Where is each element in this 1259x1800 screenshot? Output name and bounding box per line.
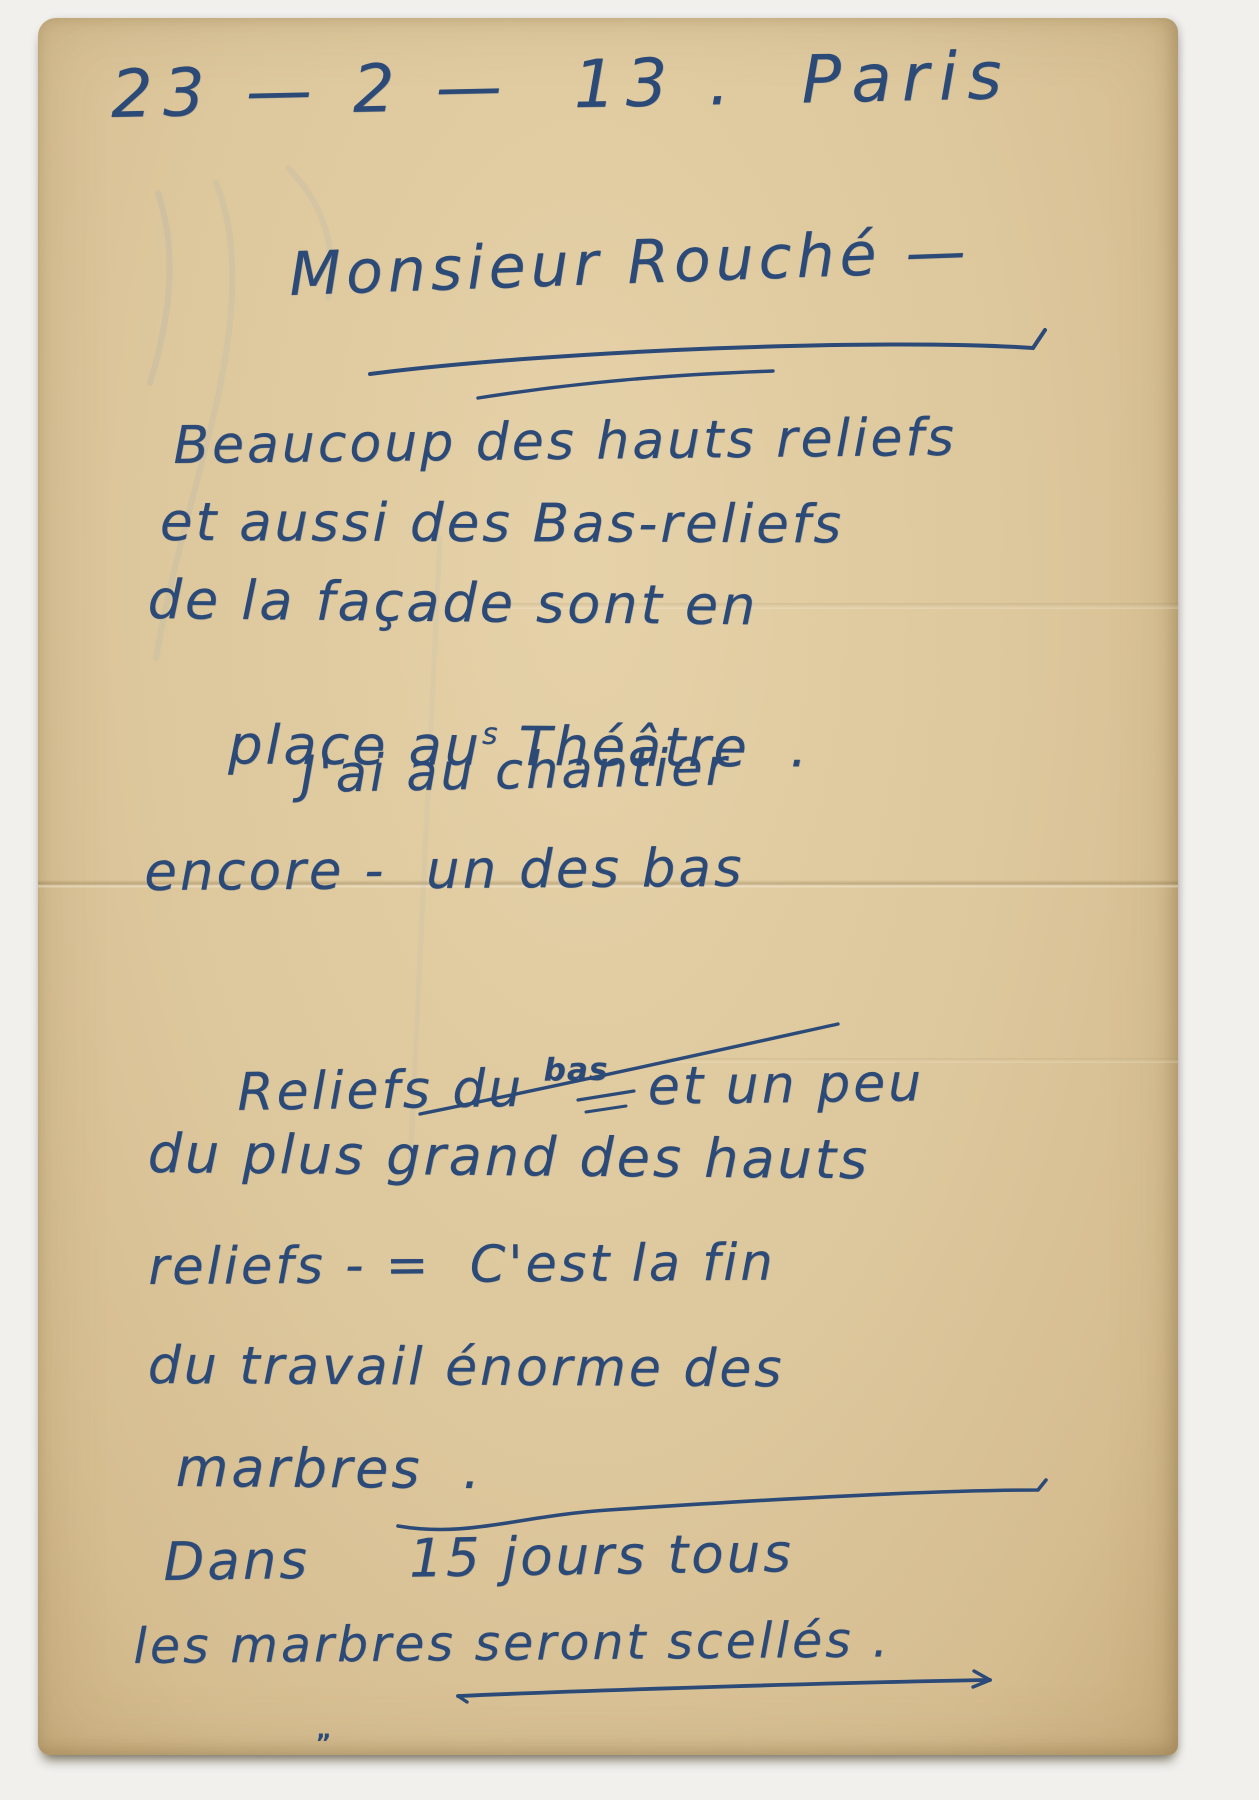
body-line: reliefs - = C'est la fin — [148, 1234, 776, 1297]
body-line: du plus grand des hauts — [147, 1122, 870, 1191]
inserted-word: bas — [543, 1052, 608, 1089]
body-line: du travail énorme des — [148, 1336, 785, 1399]
salutation-underline — [370, 330, 1045, 398]
body-line: et aussi des Bas-reliefs — [160, 492, 844, 555]
date-line: 23 — 2 — 13 . Paris — [110, 37, 1012, 133]
body-line: Beaucoup des hauts reliefs — [173, 408, 957, 476]
salutation: Monsieur Rouché — — [288, 216, 972, 310]
line-text: et un peu — [608, 1053, 924, 1117]
body-line: encore - un des bas — [144, 838, 745, 903]
bottom-ink-mark: „ — [316, 1716, 332, 1744]
body-line: marbres . — [176, 1436, 484, 1501]
body-line: J'ai au chantier — [300, 739, 730, 805]
separator-line — [398, 1480, 1046, 1530]
body-line: de la façade sont en — [147, 568, 758, 637]
closing-underline-arrow — [458, 1671, 990, 1702]
scanned-letter-photo: { "letter": { "date": "23 — 2 — 13 . Par… — [0, 0, 1259, 1800]
line-text: Reliefs du — [237, 1059, 544, 1123]
letter-paper: 23 — 2 — 13 . Paris Monsieur Rouché — Be… — [38, 18, 1178, 1755]
body-line: Dans 15 jours tous — [163, 1523, 794, 1593]
body-line: les marbres seront scellés . — [133, 1611, 891, 1675]
